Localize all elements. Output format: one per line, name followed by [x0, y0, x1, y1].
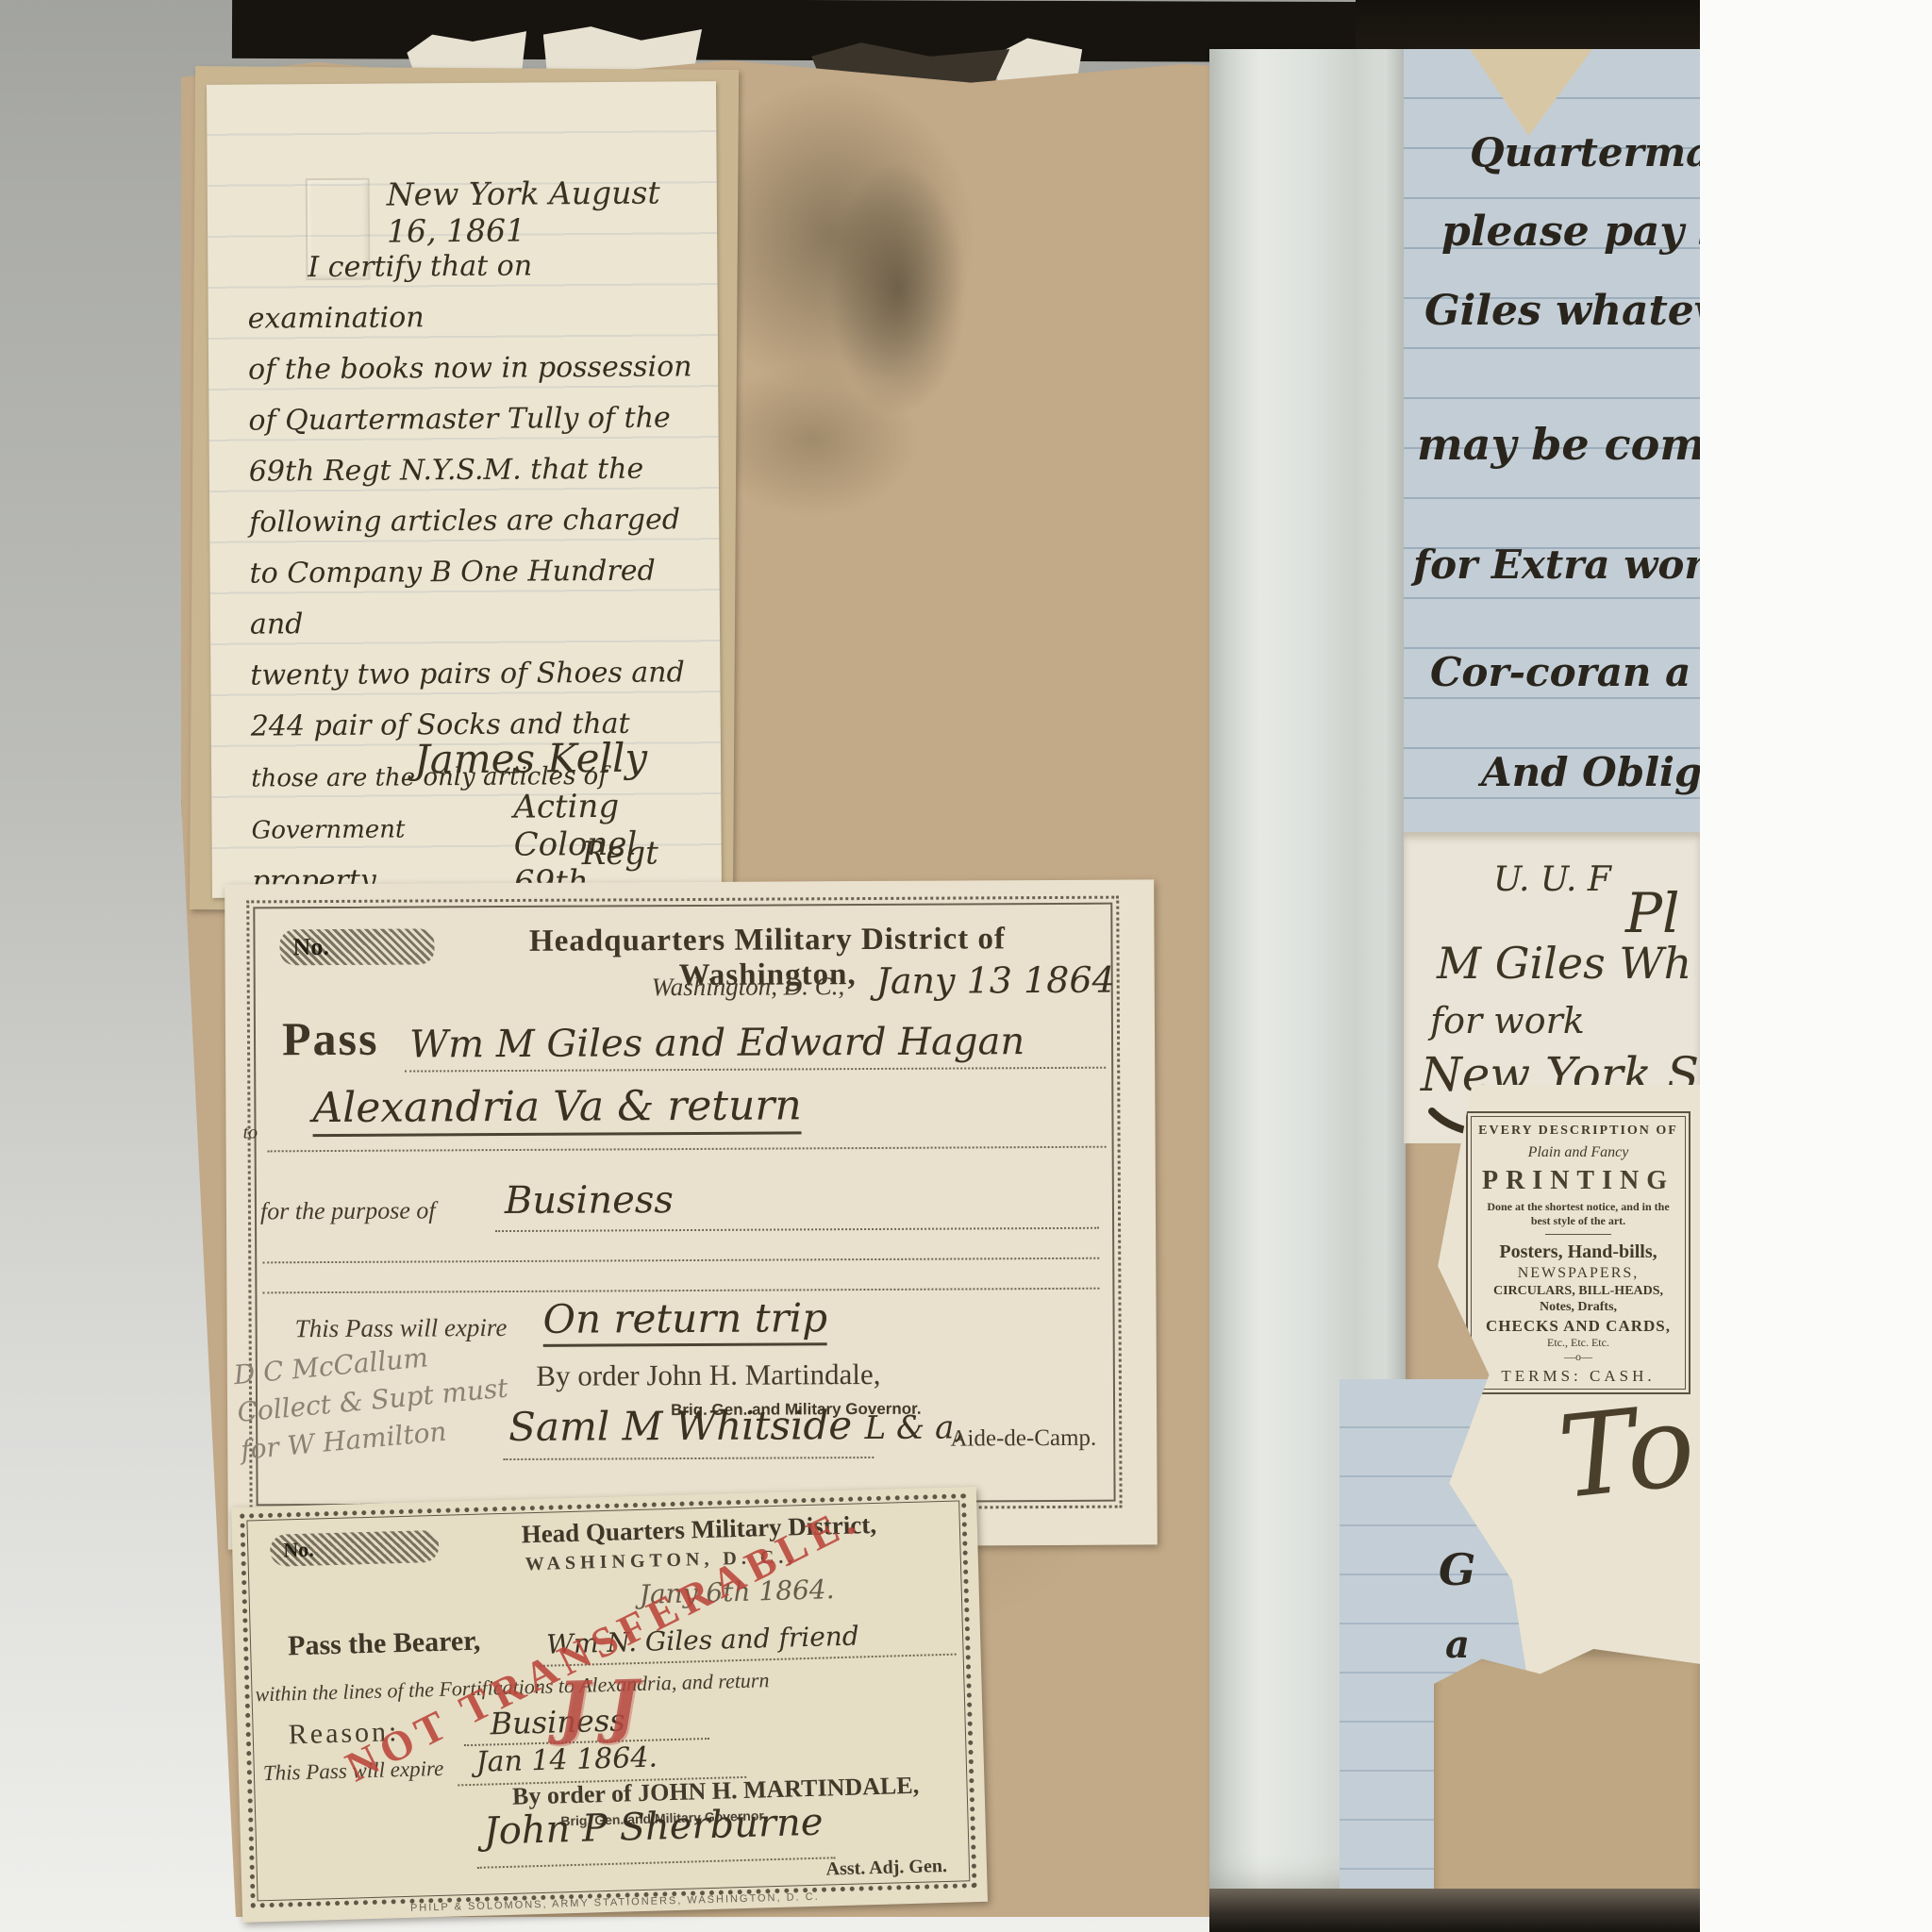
pass-bearer-label: Pass the Bearer,	[288, 1625, 481, 1663]
red-monogram-stamp: JJ	[557, 1664, 657, 1747]
military-pass-large: No. Headquarters Military District of Wa…	[225, 879, 1158, 1549]
letter-line: following articles are charged	[249, 503, 680, 539]
scan-white-margin	[1700, 0, 1932, 1932]
note-line: Quartermaster	[1470, 129, 1700, 175]
ad-item: CHECKS AND CARDS,	[1468, 1316, 1689, 1336]
letter-line: 69th Regt N.Y.S.M. that the	[249, 453, 644, 489]
pass-expire-value: Jan 14 1864.	[475, 1740, 658, 1778]
letter-line: of Quartermaster Tully of the	[248, 401, 670, 437]
pass-number-badge: No.	[279, 928, 434, 965]
handwritten-flourish: To	[1553, 1380, 1701, 1524]
book-spine-shadow	[232, 0, 1378, 62]
receipt-line: Pl	[1625, 881, 1680, 945]
adjutant-label: Asst. Adj. Gen.	[825, 1856, 947, 1881]
letter-signature: James Kelly	[414, 735, 648, 783]
pass-destination: Alexandria Va & return	[312, 1081, 802, 1137]
signature-name: Saml M Whitside	[508, 1402, 852, 1450]
note-line: Giles whatever	[1424, 287, 1700, 335]
pass-purpose-label: for the purpose of	[260, 1196, 436, 1225]
pass-label: Pass	[282, 1011, 379, 1067]
letter-line: of the books now in possession	[248, 350, 692, 386]
letter-line: to Company B One Hundred and	[249, 555, 655, 641]
pass-date: Jany 13 1864	[876, 959, 1115, 1002]
note-line: Cor-coran a	[1430, 649, 1690, 695]
military-pass-small: No. Head Quarters Military District, WAS…	[231, 1487, 988, 1923]
pass-to-label: to	[242, 1122, 258, 1143]
ad-title: PRINTING	[1468, 1164, 1689, 1197]
pass-names: Wm M Giles and Edward Hagan	[409, 1020, 1024, 1066]
receipt-line: for work	[1430, 1000, 1585, 1041]
ad-item: Etc., Etc. Etc.	[1468, 1336, 1689, 1350]
pass-order-line: By order John H. Martindale,	[463, 1357, 954, 1394]
letter-line: twenty two pairs of Shoes and	[250, 656, 685, 691]
fragment-line: a	[1445, 1623, 1470, 1667]
ad-arc-line: EVERY DESCRIPTION OF	[1468, 1123, 1689, 1140]
note-line: may be comi	[1417, 419, 1700, 470]
letter-signature-title2: Regt	[582, 835, 658, 874]
torn-corner-patch	[1470, 49, 1592, 136]
ad-item: CIRCULARS, BILL-HEADS,	[1468, 1283, 1689, 1300]
pass-number-badge: No.	[270, 1530, 440, 1567]
ad-notice: Done at the shortest notice, and in the …	[1477, 1200, 1679, 1228]
pass-purpose: Business	[505, 1178, 674, 1223]
letter-line: I certify that on examination	[247, 240, 705, 344]
pass-place-label: Washington, D. C.,	[652, 972, 845, 1002]
ad-item: NEWSPAPERS,	[1468, 1264, 1689, 1283]
pass-expire-value: On return trip	[542, 1294, 827, 1347]
receipt-line: U. U. F	[1493, 860, 1611, 899]
torn-tan-paper	[1434, 1649, 1700, 1898]
pass-signature: Saml M Whitside L & a,	[508, 1401, 964, 1450]
fragment-line: G	[1439, 1544, 1475, 1595]
note-line: And Oblig	[1481, 749, 1700, 795]
certificate-letter: New York August 16, 1861 I certify that …	[207, 81, 722, 898]
scrapbook-scan: Quartermaster please pay S Giles whateve…	[0, 0, 1932, 1932]
note-line: for Extra wor	[1413, 541, 1700, 588]
note-line: please pay S	[1441, 208, 1700, 256]
signature-suffix: L & a,	[864, 1408, 964, 1447]
ad-subtitle: Plain and Fancy	[1468, 1143, 1689, 1162]
ad-item: Posters, Hand-bills,	[1468, 1241, 1689, 1264]
ad-item: Notes, Drafts,	[1468, 1299, 1689, 1316]
quartermaster-note: Quartermaster please pay S Giles whateve…	[1404, 49, 1700, 872]
letter-dateline: New York August 16, 1861	[387, 174, 718, 249]
page-stain	[709, 364, 917, 515]
aide-de-camp-label: Aide-de-Camp.	[950, 1425, 1096, 1453]
ad-divider: —o—	[1468, 1350, 1689, 1364]
ad-rule	[1545, 1234, 1611, 1235]
receipt-line: M Giles Wh	[1437, 938, 1691, 989]
printing-advertisement: EVERY DESCRIPTION OF Plain and Fancy PRI…	[1466, 1111, 1690, 1394]
book-edge-shadow	[1209, 1889, 1700, 1932]
